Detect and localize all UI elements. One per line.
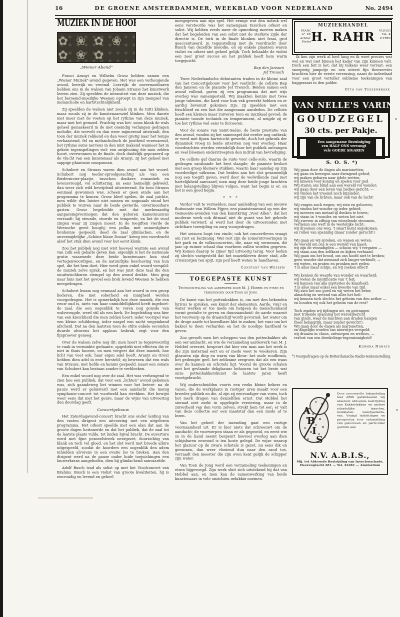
masthead-title: MUZIEK IN DE HOOFDSTAD bbox=[57, 19, 119, 29]
pillar-ornament-left bbox=[300, 139, 306, 156]
poem-stanza: Wij gaan door de dagen als marionetten; … bbox=[294, 169, 392, 200]
review-signature: Otto van Tussenbroek bbox=[292, 88, 390, 92]
ad-abis-body: Door succesvolle behandeling met ABIS ga… bbox=[337, 392, 385, 429]
ad-goudzegel-label: GOUDZEGEL bbox=[294, 115, 388, 125]
column-2: meegegeven aan zijn spel. Het eenige wat… bbox=[175, 0, 287, 482]
paragraph: Franci Aranyi en Wilhelm Grosz hebben sa… bbox=[57, 74, 169, 105]
ad-rahr-right: VLEUGELS Tel. 443 UTRECHT bbox=[375, 29, 391, 40]
paragraph: De celliste gaf daarna de suite voor cel… bbox=[175, 158, 287, 194]
ad-abis: ABIS Door succesvolle behandeling met AB… bbox=[292, 388, 388, 475]
ad-abis-address: Mij. tot Afdoende Bestrijding van Insect… bbox=[293, 460, 387, 467]
ad-abis-name: N.V. A.B.I.S., bbox=[293, 451, 387, 460]
article-caption: „Wiener Abend” bbox=[57, 65, 136, 70]
poem-stanza: Wij gaan en wij spreken, en wanen en wet… bbox=[294, 239, 392, 270]
scan-speck bbox=[395, 118, 397, 120]
scan-speck bbox=[396, 409, 398, 411]
section-title: TOEGEPASTE KUNST bbox=[175, 276, 287, 283]
ad-rahr-header: MUZIEKHANDEL bbox=[295, 23, 391, 28]
section-title-rule bbox=[225, 284, 238, 285]
section-masthead-muziek: MUZIEK IN DE HOOFDSTAD ✿ ❀ ✿ ❀ ✿ ❀ ✿ bbox=[57, 19, 136, 63]
paragraph: Zoo het publiek nog niet wist hoeveel wa… bbox=[57, 246, 169, 286]
ad-van-nelle-inner-box: Een aangename Bezuiniging een HALF ONS v… bbox=[297, 137, 385, 159]
paragraph: Twee Nederlandsche debutanten traden in … bbox=[175, 77, 287, 126]
column-1: MUZIEK IN DE HOOFDSTAD ✿ ❀ ✿ ❀ ✿ ❀ ✿ „Wi… bbox=[57, 0, 169, 482]
asterisk-separator: * * * bbox=[175, 196, 287, 201]
paragraph: Zoo gevoelt men het scheppen van den pot… bbox=[175, 336, 287, 381]
ad-rahr-muziekhandel: MUZIEKHANDEL PIANO'S A° 1835 Achter St. … bbox=[292, 19, 392, 55]
paragraph: Zij speelden de walsen niet zooals zij i… bbox=[57, 108, 169, 166]
scan-smudge bbox=[38, 497, 93, 499]
ad-rahr-left: PIANO'S A° 1835 Achter St. Pieter 6 bbox=[295, 29, 311, 44]
poem-title: S. O. S. *) bbox=[292, 160, 392, 166]
paragraph: Het Zaterdagavond-concert bracht ons ond… bbox=[57, 415, 169, 464]
column-3: MUZIEKHANDEL PIANO'S A° 1835 Achter St. … bbox=[292, 0, 392, 482]
ad-rahr-name: H. RAHR bbox=[311, 30, 375, 44]
ad-van-nelle-title: VAN NELLE'S VARINAS bbox=[294, 98, 388, 113]
paragraph: Voor de sonate van Saint-Saëns, de beste… bbox=[175, 128, 287, 155]
masthead-ornament: ✿ ❀ ✿ ❀ ✿ ❀ ✿ bbox=[57, 32, 136, 63]
scan-fold-line bbox=[27, 0, 28, 473]
ad-van-nelle-varinas: VAN NELLE'S VARINAS GOUDZEGEL 30 cts. pe… bbox=[292, 96, 390, 158]
paragraph: De kunst van het pottenbakken is, om met… bbox=[175, 298, 287, 334]
column-1-text: Franci Aranyi en Wilhelm Grosz hebben sa… bbox=[57, 74, 169, 480]
section-subtitle: Tentoonstelling van aardewerk door M. J.… bbox=[178, 286, 284, 295]
poem-block: S. O. S. *) Wij gaan door de dagen als m… bbox=[292, 160, 392, 358]
sub-heading-concertgebouw: Concertgebouw bbox=[57, 408, 169, 413]
paragraph: meegegeven aan zijn spel. Het eenige wat… bbox=[175, 19, 287, 64]
paragraph: Van Toon de Jong werd een verzameling te… bbox=[175, 464, 287, 480]
svg-text:S: S bbox=[316, 435, 323, 446]
scan-edge-shadow bbox=[0, 0, 3, 617]
paragraph: Verder valt te vermelden, naar aanleidin… bbox=[175, 203, 287, 230]
newspaper-page: { "header": { "page_number": "16", "mast… bbox=[0, 0, 400, 617]
paragraph: Over de walsen zelve nog dit: men hoort … bbox=[57, 340, 169, 371]
performer-names: Bep den Janssen Jef Treusch bbox=[175, 66, 284, 75]
abis-bug-illustration: ABIS bbox=[295, 392, 335, 450]
paragraph: Van het geheel der inzending gaat een ru… bbox=[175, 421, 287, 461]
paragraph: Wij onderscheidden voorts een reeks klei… bbox=[175, 383, 287, 419]
review-paragraph: Ik ken zijn werk al heel lang en ik weet… bbox=[292, 55, 392, 85]
column-2-text: meegegeven aan zijn spel. Het eenige wat… bbox=[175, 19, 287, 480]
section-toegepaste-kunst: TOEGEPASTE KUNST Tentoonstelling van aar… bbox=[175, 273, 287, 295]
poem-stanza: Wij vragen noch wegen; wij zien en geloo… bbox=[294, 204, 392, 235]
poem-signature: Kurhna Nohats bbox=[292, 344, 390, 348]
paragraph: Adolf Busch trad als solist op met het V… bbox=[57, 466, 169, 479]
poem-stanza: Wij kennen de waarde van wonder en waarh… bbox=[294, 274, 392, 305]
poem-footnote: *) Voorgedragen op de Rotterdamsche Radi… bbox=[292, 354, 392, 358]
ad-price-label: 30 cts. per Pakje. bbox=[294, 126, 388, 135]
flower-ornament-icon: ✿ ❀ ✿ ❀ ✿ ❀ ✿ bbox=[58, 34, 135, 62]
paragraph: Een enkel woord nog over de zaal. Het wa… bbox=[57, 374, 169, 405]
author-signature: Constant van Wessem bbox=[175, 266, 285, 270]
poem-stanza: Toch zenden wij tijdingen uit, en ontvan… bbox=[294, 309, 392, 340]
ad-van-nelle-slogan: Een aangename Bezuiniging een HALF ONS v… bbox=[309, 140, 379, 153]
paragraph: Schubert en Strauss waren dien avond aan… bbox=[57, 168, 169, 244]
paragraph: Het seizoen loopt ten einde; ook het con… bbox=[175, 232, 287, 263]
paragraph: Schubert kwam nog eenmaal aan het woord … bbox=[57, 289, 169, 338]
